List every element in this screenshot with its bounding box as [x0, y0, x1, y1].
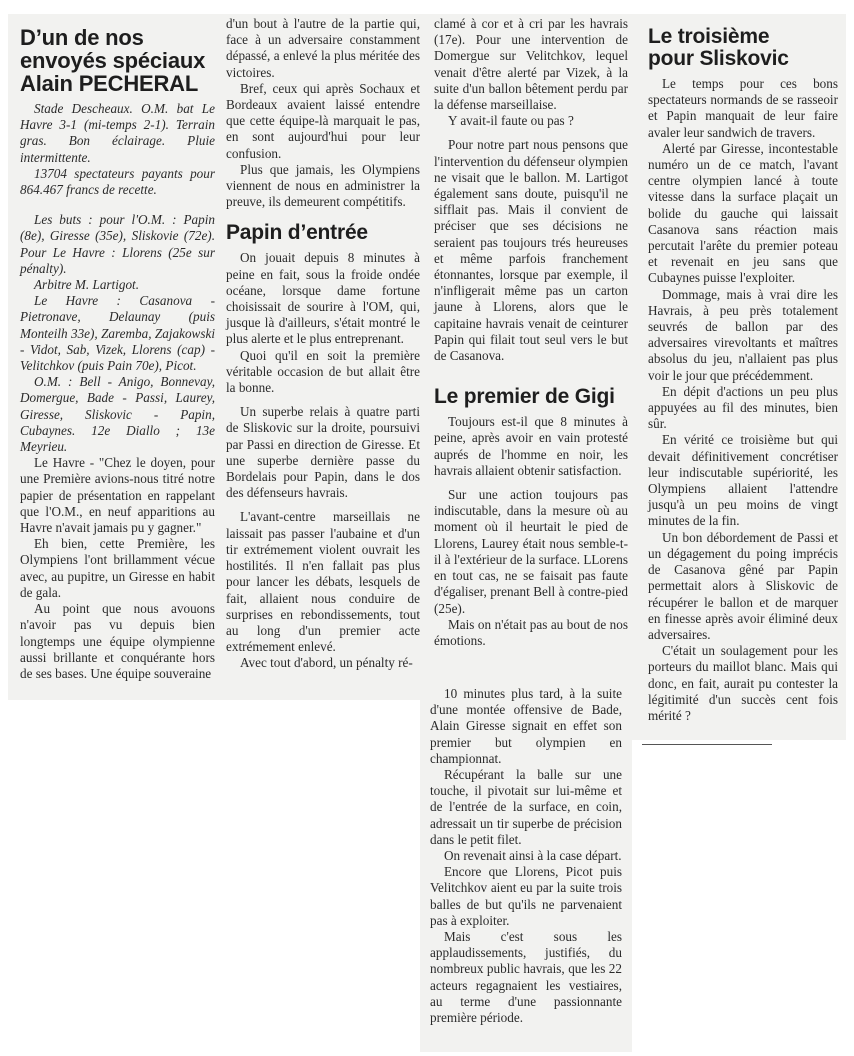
body-paragraph: Y avait-il faute ou pas ?	[434, 113, 628, 129]
heading-line: Alain PECHERAL	[20, 71, 198, 96]
body-paragraph: Le temps pour ces bons spectateurs norma…	[648, 76, 838, 141]
heading-line: D’un de nos	[20, 25, 144, 50]
body-paragraph: Plus que jamais, les Olympiens viennent …	[226, 162, 420, 211]
body-paragraph: Alerté par Giresse, incontestable numéro…	[648, 141, 838, 287]
body-paragraph: Le Havre - "Chez le doyen, pour une Prem…	[20, 455, 215, 536]
body-paragraph: Récupérant la balle sur une touche, il p…	[430, 767, 622, 848]
body-paragraph: Mais on n'était pas au bout de nos émoti…	[434, 617, 628, 649]
body-paragraph: En dépit d'actions un peu plus appuyées …	[648, 384, 838, 433]
match-info-paragraph: Le Havre : Casanova - Pietronave, Delaun…	[20, 293, 215, 374]
body-paragraph: d'un bout à l'autre de la partie qui, fa…	[226, 16, 420, 81]
match-info: Stade Descheaux. O.M. bat Le Havre 3-1 (…	[20, 101, 215, 455]
column-3: clamé à cor et à cri par les havrais (17…	[434, 16, 628, 649]
column-3-continuation: 10 minutes plus tard, à la suite d'une m…	[430, 686, 622, 1026]
body-paragraph: En vérité ce troisième but qui devait dé…	[648, 432, 838, 529]
heading-line: pour Sliskovic	[648, 47, 789, 70]
match-info-paragraph: Les buts : pour l'O.M. : Papin (8e), Gir…	[20, 212, 215, 277]
section-heading: Le premier de Gigi	[434, 386, 628, 408]
body-paragraph: Eh bien, cette Première, les Olympiens l…	[20, 536, 215, 601]
body-paragraph: Bref, ceux qui après Sochaux et Bordeaux…	[226, 81, 420, 162]
match-info-paragraph: Arbitre M. Lartigot.	[20, 277, 215, 293]
section-heading: Le troisième pour Sliskovic	[648, 26, 838, 70]
heading-line: Le troisième	[648, 25, 769, 48]
body-paragraph: Quoi qu'il en soit la première véritable…	[226, 348, 420, 397]
body-paragraph: Au point que nous avouons n'avoir pas vu…	[20, 601, 215, 682]
match-info-paragraph: O.M. : Bell - Anigo, Bonnevay, Domergue,…	[20, 374, 215, 455]
column-4: Le troisième pour Sliskovic Le temps pou…	[648, 26, 838, 724]
body-paragraph: 10 minutes plus tard, à la suite d'une m…	[430, 686, 622, 767]
body-paragraph: Un bon débordement de Passi et un dégage…	[648, 530, 838, 643]
body-paragraph: L'avant-centre marseillais ne laissait p…	[226, 509, 420, 655]
body-paragraph: Encore que Llorens, Picot puis Velitchko…	[430, 864, 622, 929]
body-paragraph: Un superbe relais à quatre parti de Slis…	[226, 404, 420, 501]
body-paragraph: Pour notre part nous pensons que l'inter…	[434, 137, 628, 364]
match-info-paragraph: Stade Descheaux. O.M. bat Le Havre 3-1 (…	[20, 101, 215, 166]
body-paragraph: On revenait ainsi à la case départ.	[430, 848, 622, 864]
body-paragraph: Toujours est-il que 8 minutes à peine, a…	[434, 414, 628, 479]
column-2: d'un bout à l'autre de la partie qui, fa…	[226, 16, 420, 672]
body-paragraph: On jouait depuis 8 minutes à peine en fa…	[226, 250, 420, 347]
body-paragraph: Dommage, mais à vrai dire les Havrais, à…	[648, 287, 838, 384]
heading-line: envoyés spéciaux	[20, 48, 205, 73]
match-info-paragraph: 13704 spectateurs payants pour 864.467 f…	[20, 166, 215, 198]
body-paragraph: Avec tout d'abord, un pénalty ré-	[226, 655, 420, 671]
column-divider-rule	[642, 744, 772, 745]
body-paragraph: C'était un soulagement pour les porteurs…	[648, 643, 838, 724]
article-byline-heading: D’un de nos envoyés spéciaux Alain PECHE…	[20, 26, 215, 95]
body-paragraph: Sur une action toujours pas indiscutable…	[434, 487, 628, 617]
column-1: D’un de nos envoyés spéciaux Alain PECHE…	[20, 26, 215, 682]
body-paragraph: Mais c'est sous les applaudissements, ju…	[430, 929, 622, 1026]
body-paragraph: clamé à cor et à cri par les havrais (17…	[434, 16, 628, 113]
section-heading: Papin d’entrée	[226, 222, 420, 244]
